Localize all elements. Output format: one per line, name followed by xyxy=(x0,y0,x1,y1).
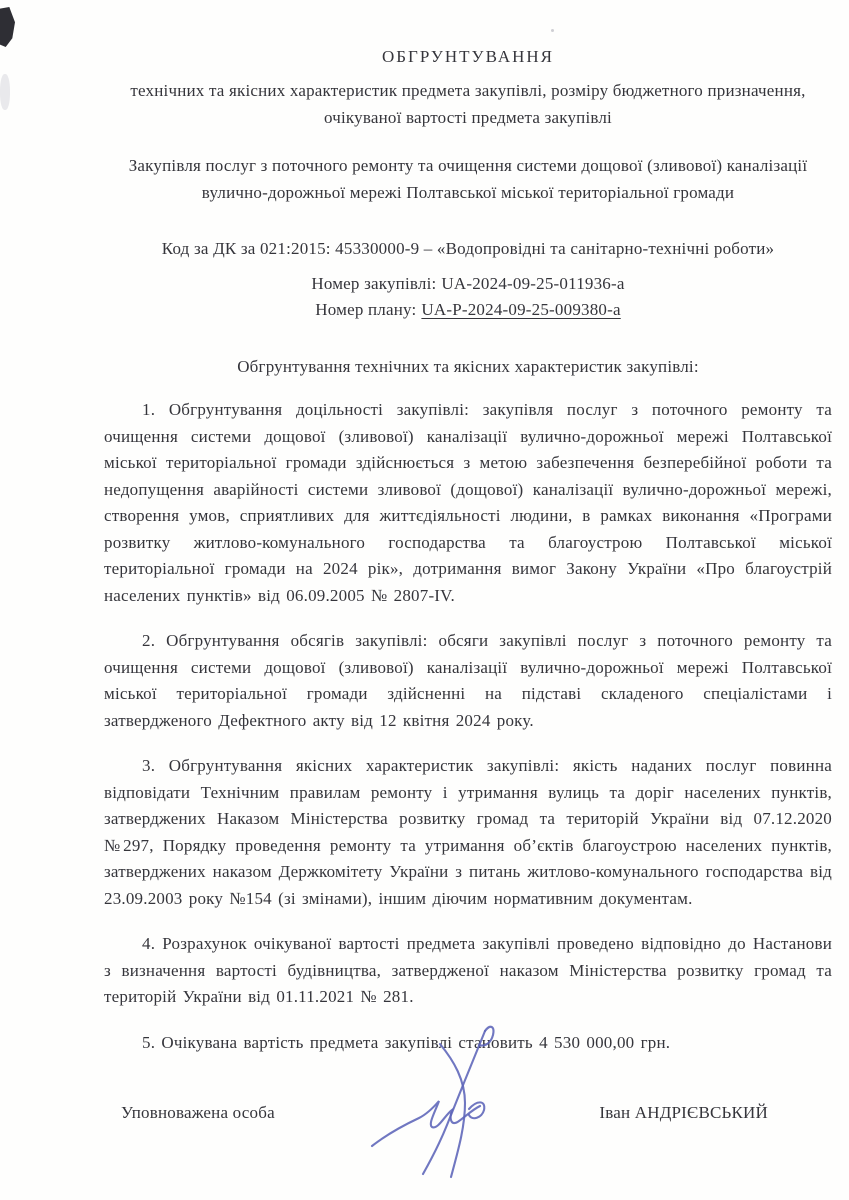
plan-number-label: Номер плану: xyxy=(315,300,416,319)
procurement-identifiers: Номер закупівлі:UA-2024-09-25-011936-a Н… xyxy=(104,271,832,323)
document-content: ОБГРУНТУВАННЯ технічних та якісних харак… xyxy=(104,44,832,1126)
procurement-subject-line-2: вулично-дорожньої мережі Полтавської міс… xyxy=(104,179,832,206)
paragraph-1-feasibility: 1. Обгрунтування доцільності закупівлі: … xyxy=(104,397,832,609)
procurement-subject: Закупівля послуг з поточного ремонту та … xyxy=(104,152,832,206)
plan-number-value: UA-P-2024-09-25-009380-a xyxy=(421,300,620,319)
section-heading: Обгрунтування технічних та якісних харак… xyxy=(104,353,832,380)
signature-stroke-base xyxy=(372,1101,480,1146)
scan-speck-artifact xyxy=(551,29,554,32)
document-subtitle-line-2: очікуваної вартості предмета закупівлі xyxy=(104,104,832,131)
signatory-role: Уповноважена особа xyxy=(121,1100,275,1126)
signature-block: Уповноважена особа Іван АНДРІЄВСЬКИЙ xyxy=(104,1100,832,1126)
procurement-subject-line-1: Закупівля послуг з поточного ремонту та … xyxy=(104,152,832,179)
signature-stroke-loop xyxy=(469,1102,484,1118)
justification-paragraphs: 1. Обгрунтування доцільності закупівлі: … xyxy=(104,397,832,1056)
paragraph-5-expected-value: 5. Очікувана вартість предмета закупівлі… xyxy=(104,1030,832,1057)
paragraph-4-cost-calculation: 4. Розрахунок очікуваної вартості предме… xyxy=(104,931,832,1011)
plan-number-line: Номер плану:UA-P-2024-09-25-009380-a xyxy=(104,297,832,323)
paragraph-2-scope: 2. Обгрунтування обсягів закупівлі: обся… xyxy=(104,628,832,734)
procurement-number-label: Номер закупівлі: xyxy=(311,274,436,293)
document-subtitle-line-1: технічних та якісних характеристик предм… xyxy=(104,77,832,104)
document-title: ОБГРУНТУВАННЯ xyxy=(104,44,832,70)
dk-classification-code: Код за ДК за 021:2015: 45330000-9 – «Вод… xyxy=(104,235,832,262)
scanned-document-page: ОБГРУНТУВАННЯ технічних та якісних харак… xyxy=(0,0,849,1200)
scan-smudge-artifact xyxy=(0,74,10,110)
procurement-number-value: UA-2024-09-25-011936-a xyxy=(441,274,624,293)
scan-corner-artifact xyxy=(0,7,15,47)
document-subtitle: технічних та якісних характеристик предм… xyxy=(104,77,832,131)
signature-stroke-cross xyxy=(440,1044,465,1177)
paragraph-3-quality: 3. Обгрунтування якісних характеристик з… xyxy=(104,753,832,912)
signatory-name: Іван АНДРІЄВСЬКИЙ xyxy=(599,1100,768,1126)
procurement-number-line: Номер закупівлі:UA-2024-09-25-011936-a xyxy=(104,271,832,297)
